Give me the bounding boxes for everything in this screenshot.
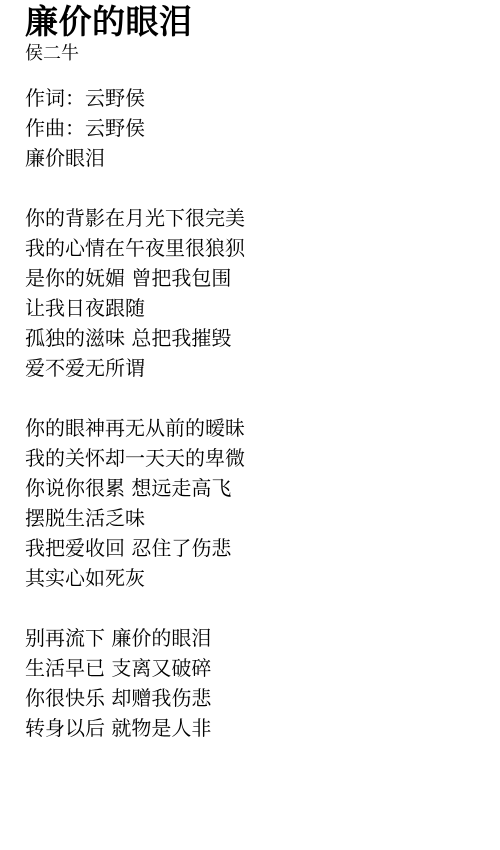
- lyric-line: 你很快乐 却赠我伤悲: [25, 683, 475, 713]
- lyric-line: 你的背影在月光下很完美: [25, 203, 475, 233]
- credit-line: 廉价眼泪: [25, 143, 475, 173]
- lyric-line: 我的心情在午夜里很狼狈: [25, 233, 475, 263]
- lyric-line: 爱不爱无所谓: [25, 353, 475, 383]
- lyrics-body: 你的背影在月光下很完美我的心情在午夜里很狼狈是你的妩媚 曾把我包围让我日夜跟随孤…: [25, 203, 475, 743]
- verse-3: 别再流下 廉价的眼泪生活早已 支离又破碎你很快乐 却赠我伤悲转身以后 就物是人非: [25, 623, 475, 743]
- credit-line: 作曲：云野侯: [25, 113, 475, 143]
- lyric-line: 你说你很累 想远走高飞: [25, 473, 475, 503]
- lyric-line: 生活早已 支离又破碎: [25, 653, 475, 683]
- credits-block: 作词：云野侯作曲：云野侯廉价眼泪: [25, 83, 475, 173]
- lyric-line: 让我日夜跟随: [25, 293, 475, 323]
- lyric-line: 是你的妩媚 曾把我包围: [25, 263, 475, 293]
- credit-line: 作词：云野侯: [25, 83, 475, 113]
- artist-name: 侯二牛: [25, 41, 475, 67]
- lyric-line: 别再流下 廉价的眼泪: [25, 623, 475, 653]
- lyrics-page: 廉价的眼泪 侯二牛 作词：云野侯作曲：云野侯廉价眼泪 你的背影在月光下很完美我的…: [0, 0, 500, 850]
- lyric-line: 摆脱生活乏味: [25, 503, 475, 533]
- page-title: 廉价的眼泪: [25, 0, 475, 41]
- lyric-line: 我的关怀却一天天的卑微: [25, 443, 475, 473]
- verse-1: 你的背影在月光下很完美我的心情在午夜里很狼狈是你的妩媚 曾把我包围让我日夜跟随孤…: [25, 203, 475, 383]
- verse-2: 你的眼神再无从前的暧昧我的关怀却一天天的卑微你说你很累 想远走高飞摆脱生活乏味我…: [25, 413, 475, 593]
- lyric-line: 孤独的滋味 总把我摧毁: [25, 323, 475, 353]
- lyric-line: 其实心如死灰: [25, 563, 475, 593]
- lyric-line: 我把爱收回 忍住了伤悲: [25, 533, 475, 563]
- lyric-line: 你的眼神再无从前的暧昧: [25, 413, 475, 443]
- lyric-line: 转身以后 就物是人非: [25, 713, 475, 743]
